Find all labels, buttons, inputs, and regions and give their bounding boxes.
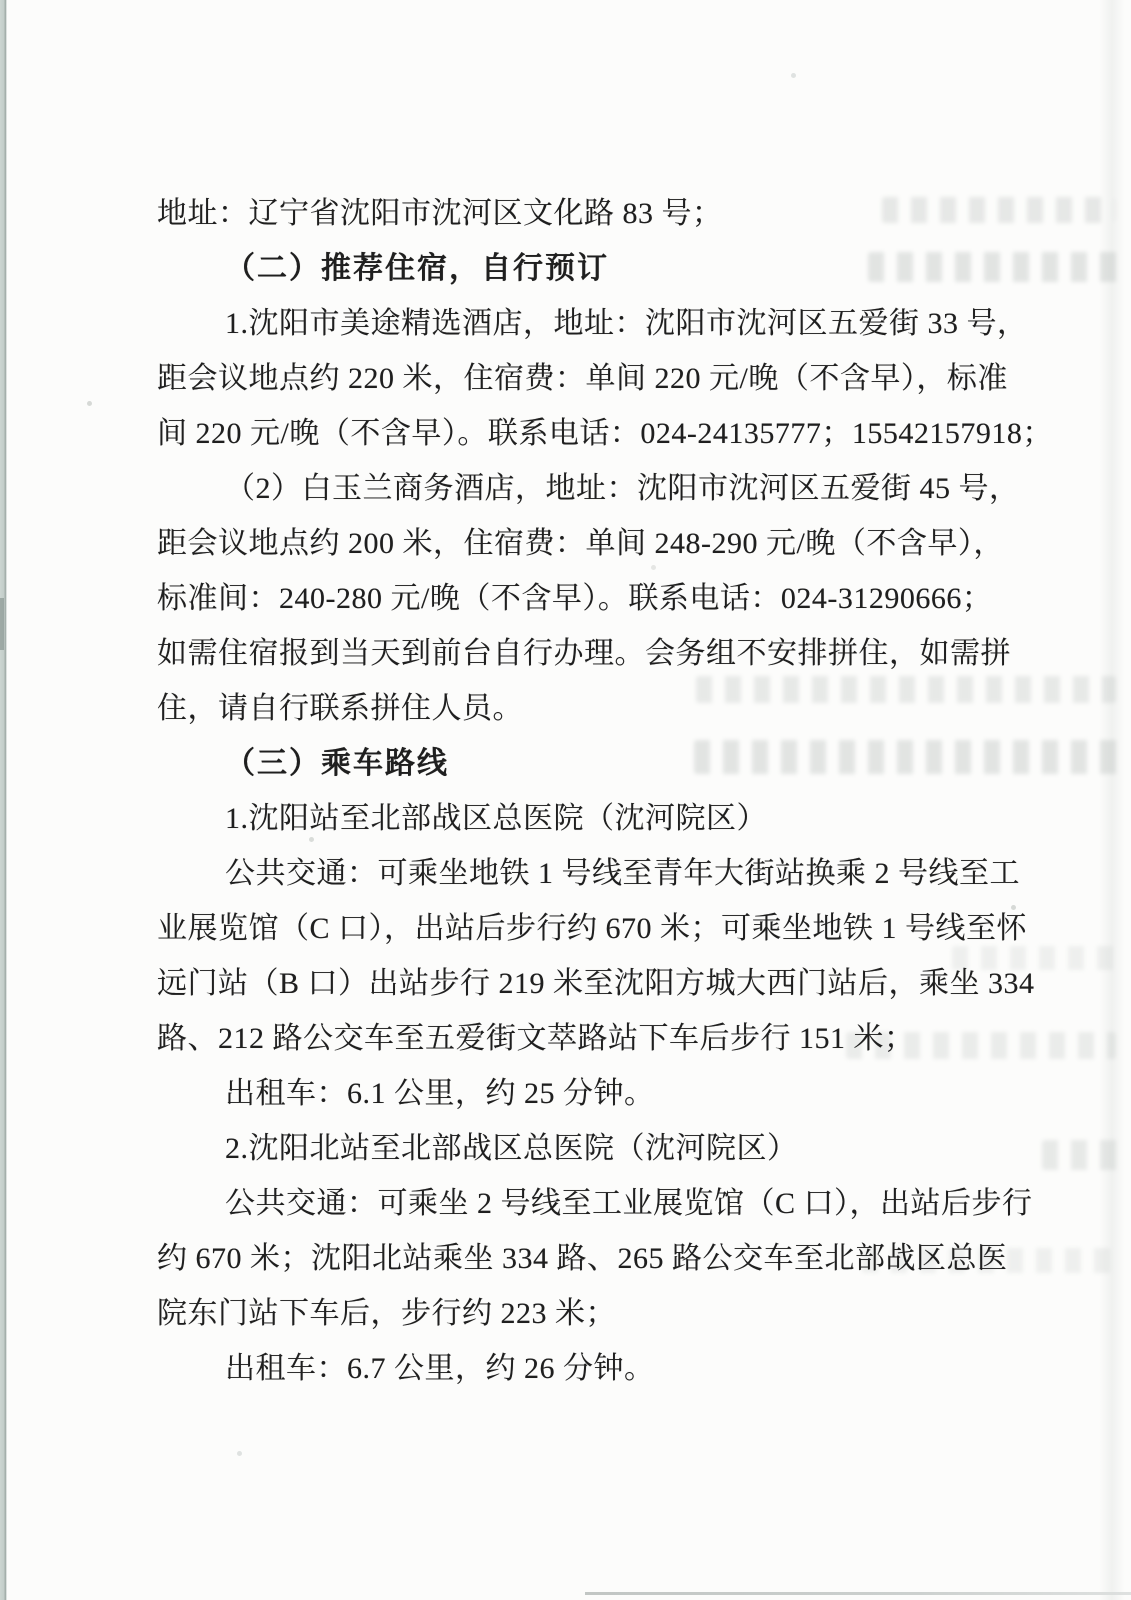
route1-transit-line-4: 路、212 路公交车至五爱街文萃路站下车后步行 151 米； <box>157 1011 990 1066</box>
hotel1-line-2: 距会议地点约 220 米，住宿费：单间 220 元/晚（不含早），标准 <box>157 351 990 406</box>
route2-transit-line-3: 院东门站下车后，步行约 223 米； <box>157 1286 990 1341</box>
route2-title: 2.沈阳北站至北部战区总医院（沈河院区） <box>157 1121 990 1176</box>
scan-left-edge-dark-mark <box>0 598 4 650</box>
heading-transport-routes: （三）乘车路线 <box>157 736 990 791</box>
hotel2-line-3: 标准间：240-280 元/晚（不含早）。联系电话：024-31290666； <box>157 571 990 626</box>
hotel2-line-2: 距会议地点约 200 米，住宿费：单间 248-290 元/晚（不含早）， <box>157 516 990 571</box>
scanned-document-page: 地址：辽宁省沈阳市沈河区文化路 83 号； （二）推荐住宿，自行预订 1.沈阳市… <box>0 0 1131 1600</box>
scan-bottom-edge-artifact <box>585 1592 1131 1595</box>
route1-taxi: 出租车：6.1 公里，约 25 分钟。 <box>157 1066 990 1121</box>
route2-taxi: 出租车：6.7 公里，约 26 分钟。 <box>157 1341 990 1396</box>
page-curvature-shading <box>1099 0 1125 1600</box>
scan-left-edge-artifact <box>0 0 7 1600</box>
accommodation-note-line-2: 住，请自行联系拼住人员。 <box>157 681 990 736</box>
route1-transit-line-3: 远门站（B 口）出站步行 219 米至沈阳方城大西门站后，乘坐 334 <box>157 956 990 1011</box>
hotel1-line-1: 1.沈阳市美途精选酒店，地址：沈阳市沈河区五爱街 33 号， <box>157 296 990 351</box>
heading-recommended-accommodation: （二）推荐住宿，自行预订 <box>157 241 990 296</box>
route2-transit-line-2: 约 670 米；沈阳北站乘坐 334 路、265 路公交车至北部战区总医 <box>157 1231 990 1286</box>
route1-transit-line-1: 公共交通：可乘坐地铁 1 号线至青年大街站换乘 2 号线至工 <box>157 846 990 901</box>
route1-transit-line-2: 业展览馆（C 口），出站后步行约 670 米；可乘坐地铁 1 号线至怀 <box>157 901 990 956</box>
line-venue-address: 地址：辽宁省沈阳市沈河区文化路 83 号； <box>157 186 990 241</box>
accommodation-note-line-1: 如需住宿报到当天到前台自行办理。会务组不安排拼住，如需拼 <box>157 626 990 681</box>
route2-transit-line-1: 公共交通：可乘坐 2 号线至工业展览馆（C 口），出站后步行 <box>157 1176 990 1231</box>
bleed-through-artifact <box>1042 1140 1120 1170</box>
scan-noise-dots <box>0 0 3 3</box>
hotel2-line-1: （2）白玉兰商务酒店，地址：沈阳市沈河区五爱街 45 号， <box>157 461 990 516</box>
hotel1-line-3: 间 220 元/晚（不含早）。联系电话：024-24135777；1554215… <box>157 406 990 461</box>
route1-title: 1.沈阳站至北部战区总医院（沈河院区） <box>157 791 990 846</box>
document-body: 地址：辽宁省沈阳市沈河区文化路 83 号； （二）推荐住宿，自行预订 1.沈阳市… <box>157 186 990 1396</box>
